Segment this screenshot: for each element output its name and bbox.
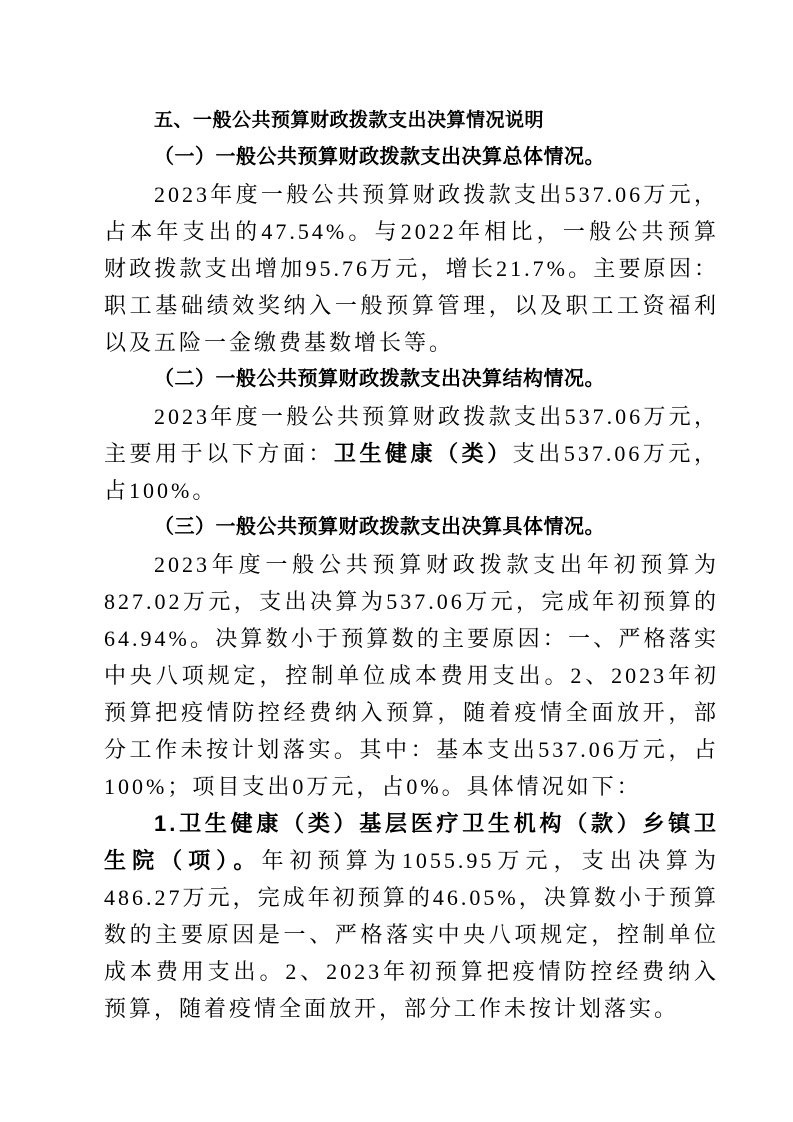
paragraph-overall-situation: 2023年度一般公共预算财政拨款支出537.06万元，占本年支出的47.54%。… (104, 176, 719, 361)
document-page: 五、一般公共预算财政拨款支出决算情况说明 （一）一般公共预算财政拨款支出决算总体… (0, 0, 793, 1122)
subsection-1-heading: （一）一般公共预算财政拨款支出决算总体情况。 (104, 139, 719, 176)
paragraph-specific-situation: 2023年度一般公共预算财政拨款支出年初预算为827.02万元，支出决算为537… (104, 546, 719, 805)
paragraph-structure-situation: 2023年度一般公共预算财政拨款支出537.06万元，主要用于以下方面：卫生健康… (104, 398, 719, 509)
paragraph-item-1: 1.卫生健康（类）基层医疗卫生机构（款）乡镇卫生院（项）。年初预算为1055.9… (104, 805, 719, 1027)
section-title: 五、一般公共预算财政拨款支出决算情况说明 (104, 102, 719, 139)
subsection-3-heading: （三）一般公共预算财政拨款支出决算具体情况。 (104, 509, 719, 546)
subsection-2-heading: （二）一般公共预算财政拨款支出决算结构情况。 (104, 361, 719, 398)
item-1-body-text: 年初预算为1055.95万元，支出决算为486.27万元，完成年初预算的46.0… (104, 848, 719, 1021)
health-category-bold-text: 卫生健康（类） (334, 441, 513, 466)
